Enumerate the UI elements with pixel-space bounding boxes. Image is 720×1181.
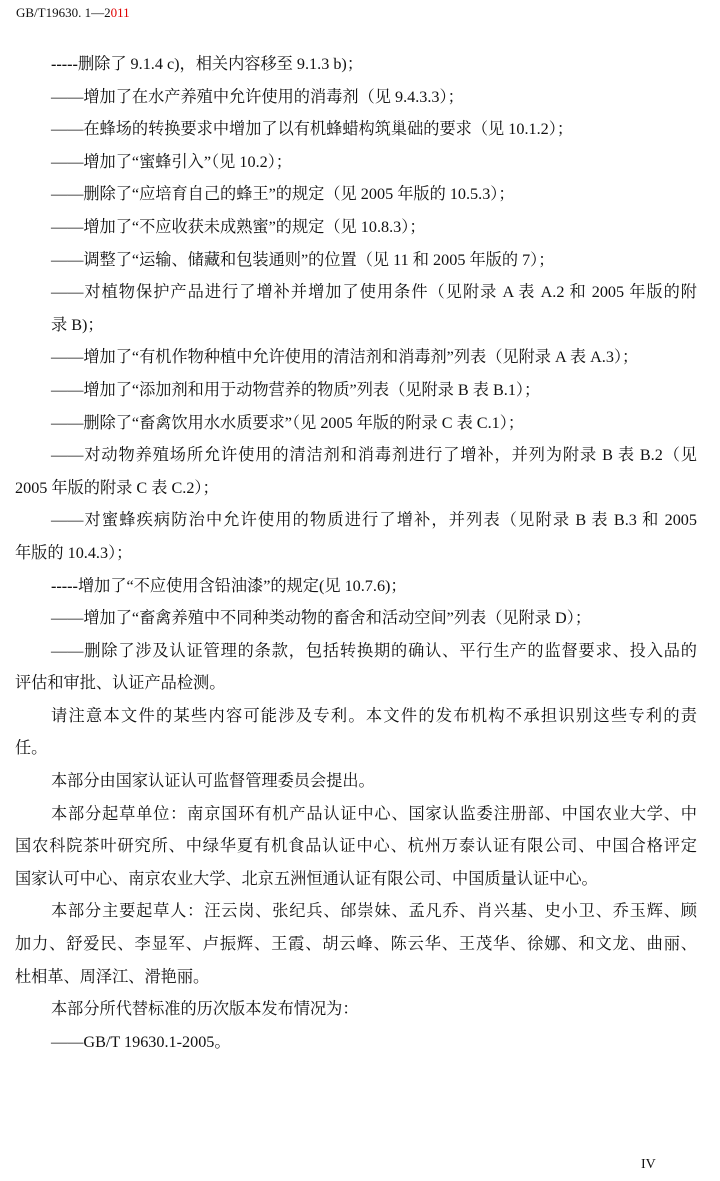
line-text: ——对动物养殖场所允许使用的清洁剂和消毒剂进行了增补，并列为附录 B 表 B.2… <box>51 446 697 464</box>
text-line: ——GB/T 19630.1-2005。 <box>15 1026 697 1059</box>
line-text: 加力、舒爱民、李显军、卢振辉、王霞、胡云峰、陈云华、王茂华、徐娜、和文龙、曲丽、 <box>15 935 697 953</box>
text-line: ——增加了在水产养殖中允许使用的消毒剂（见 9.4.3.3）； <box>15 81 697 114</box>
document-body: -----删除了 9.1.4 c)，相关内容移至 9.1.3 b)；——增加了在… <box>15 48 697 1058</box>
document-header: GB/T19630. 1—2011 <box>16 5 130 21</box>
text-line: ——增加了“蜜蜂引入”（见 10.2）； <box>15 146 697 179</box>
line-text: ——对蜜蜂疾病防治中允许使用的物质进行了增补，并列表（见附录 B 表 B.3 和… <box>51 511 697 529</box>
line-text: ——GB/T 19630.1-2005。 <box>51 1033 231 1051</box>
line-text: ——在蜂场的转换要求中增加了以有机蜂蜡构筑巢础的要求（见 10.1.2）； <box>51 120 573 138</box>
page-number: IV <box>641 1157 656 1173</box>
text-line: 本部分主要起草人：汪云岗、张纪兵、邰崇妹、孟凡乔、肖兴基、史小卫、乔玉辉、顾 <box>15 895 697 928</box>
text-line: ——在蜂场的转换要求中增加了以有机蜂蜡构筑巢础的要求（见 10.1.2）； <box>15 113 697 146</box>
text-line: ——增加了“畜禽养殖中不同种类动物的畜舍和活动空间”列表（见附录 D）； <box>15 602 697 635</box>
line-text: 杜相革、周泽江、滑艳丽。 <box>15 968 209 986</box>
line-text: 录 B)； <box>51 316 104 334</box>
text-line: 评估和审批、认证产品检测。 <box>15 667 697 700</box>
line-text: 本部分主要起草人：汪云岗、张纪兵、邰崇妹、孟凡乔、肖兴基、史小卫、乔玉辉、顾 <box>51 902 697 920</box>
line-text: ——增加了“蜜蜂引入”（见 10.2）； <box>51 153 292 171</box>
line-text: ——增加了“有机作物种植中允许使用的清洁剂和消毒剂”列表（见附录 A 表 A.3… <box>51 348 638 366</box>
text-line: 录 B)； <box>15 309 697 342</box>
line-text: ——增加了“畜禽养殖中不同种类动物的畜舍和活动空间”列表（见附录 D）； <box>51 609 591 627</box>
line-text: ——增加了在水产养殖中允许使用的消毒剂（见 9.4.3.3）； <box>51 88 464 106</box>
line-text: 年版的 10.4.3）； <box>15 544 132 562</box>
text-line: ——调整了“运输、储藏和包装通则”的位置（见 11 和 2005 年版的 7）； <box>15 244 697 277</box>
text-line: 2005 年版的附录 C 表 C.2）； <box>15 472 697 505</box>
text-line: ——增加了“添加剂和用于动物营养的物质”列表（见附录 B 表 B.1）； <box>15 374 697 407</box>
text-line: 请注意本文件的某些内容可能涉及专利。本文件的发布机构不承担识别这些专利的责 <box>15 700 697 733</box>
line-text: 评估和审批、认证产品检测。 <box>15 674 225 692</box>
list-dash-prefix: ----- <box>51 55 78 73</box>
line-text: 删除了 9.1.4 c)，相关内容移至 9.1.3 b)； <box>78 55 363 73</box>
text-line: 国农科院茶叶研究所、中绿华夏有机食品认证中心、杭州万泰认证有限公司、中国合格评定 <box>15 830 697 863</box>
line-text: ——删除了“畜禽饮用水水质要求”（见 2005 年版的附录 C 表 C.1）； <box>51 414 524 432</box>
text-line: 国家认可中心、南京农业大学、北京五洲恒通认证有限公司、中国质量认证中心。 <box>15 863 697 896</box>
line-text: ——增加了“添加剂和用于动物营养的物质”列表（见附录 B 表 B.1）； <box>51 381 540 399</box>
text-line: ——对植物保护产品进行了增补并增加了使用条件（见附录 A 表 A.2 和 200… <box>15 276 697 309</box>
line-text: ——增加了“不应收获未成熟蜜”的规定（见 10.8.3）； <box>51 218 426 236</box>
line-text: ——对植物保护产品进行了增补并增加了使用条件（见附录 A 表 A.2 和 200… <box>51 283 697 301</box>
text-line: 任。 <box>15 732 697 765</box>
standard-number-prefix: GB/T19630. 1—2 <box>16 5 111 20</box>
text-line: -----增加了“不应使用含铅油漆”的规定(见 10.7.6)； <box>15 570 697 603</box>
line-text: ——删除了涉及认证管理的条款，包括转换期的确认、平行生产的监督要求、投入品的 <box>51 642 697 660</box>
text-line: 本部分所代替标准的历次版本发布情况为： <box>15 993 697 1026</box>
line-text: 任。 <box>15 739 47 757</box>
text-line: 加力、舒爱民、李显军、卢振辉、王霞、胡云峰、陈云华、王茂华、徐娜、和文龙、曲丽、 <box>15 928 697 961</box>
text-line: 杜相革、周泽江、滑艳丽。 <box>15 961 697 994</box>
line-text: 本部分起草单位：南京国环有机产品认证中心、国家认监委注册部、中国农业大学、中 <box>51 805 697 823</box>
text-line: ——增加了“有机作物种植中允许使用的清洁剂和消毒剂”列表（见附录 A 表 A.3… <box>15 341 697 374</box>
list-dash-prefix: ----- <box>51 577 78 595</box>
line-text: ——删除了“应培育自己的蜂王”的规定（见 2005 年版的 10.5.3）； <box>51 185 515 203</box>
line-text: 请注意本文件的某些内容可能涉及专利。本文件的发布机构不承担识别这些专利的责 <box>51 707 697 725</box>
text-line: ——对蜜蜂疾病防治中允许使用的物质进行了增补，并列表（见附录 B 表 B.3 和… <box>15 504 697 537</box>
text-line: 本部分起草单位：南京国环有机产品认证中心、国家认监委注册部、中国农业大学、中 <box>15 798 697 831</box>
text-line: 年版的 10.4.3）； <box>15 537 697 570</box>
text-line: -----删除了 9.1.4 c)，相关内容移至 9.1.3 b)； <box>15 48 697 81</box>
line-text: 本部分所代替标准的历次版本发布情况为： <box>51 1000 359 1018</box>
line-text: 2005 年版的附录 C 表 C.2）； <box>15 479 219 497</box>
standard-year-suffix: 011 <box>111 5 130 20</box>
text-line: ——增加了“不应收获未成熟蜜”的规定（见 10.8.3）； <box>15 211 697 244</box>
text-line: ——对动物养殖场所允许使用的清洁剂和消毒剂进行了增补，并列为附录 B 表 B.2… <box>15 439 697 472</box>
text-line: ——删除了“应培育自己的蜂王”的规定（见 2005 年版的 10.5.3）； <box>15 178 697 211</box>
line-text: ——调整了“运输、储藏和包装通则”的位置（见 11 和 2005 年版的 7）； <box>51 251 554 269</box>
text-line: 本部分由国家认证认可监督管理委员会提出。 <box>15 765 697 798</box>
line-text: 国家认可中心、南京农业大学、北京五洲恒通认证有限公司、中国质量认证中心。 <box>15 870 598 888</box>
text-line: ——删除了涉及认证管理的条款，包括转换期的确认、平行生产的监督要求、投入品的 <box>15 635 697 668</box>
line-text: 本部分由国家认证认可监督管理委员会提出。 <box>51 772 375 790</box>
line-text: 国农科院茶叶研究所、中绿华夏有机食品认证中心、杭州万泰认证有限公司、中国合格评定 <box>15 837 697 855</box>
text-line: ——删除了“畜禽饮用水水质要求”（见 2005 年版的附录 C 表 C.1）； <box>15 407 697 440</box>
line-text: 增加了“不应使用含铅油漆”的规定(见 10.7.6)； <box>78 577 407 595</box>
